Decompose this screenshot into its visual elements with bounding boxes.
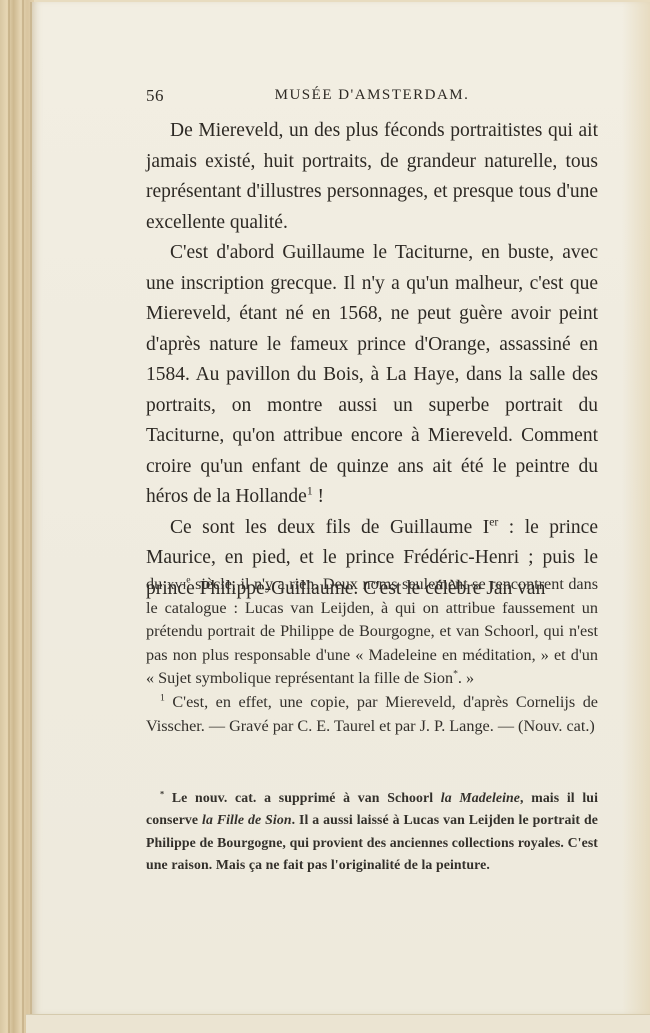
- paragraph: C'est d'abord Guillaume le Taciturne, en…: [146, 238, 598, 513]
- footnote-text: C'est, en effet, une copie, par Mierevel…: [146, 693, 598, 735]
- footnote-1: 1 C'est, en effet, une copie, par Mierev…: [146, 691, 598, 738]
- star-note-paragraph: * Le nouv. cat. a supprimé à van Schoorl…: [146, 787, 598, 876]
- page-bottom-edge: [26, 1014, 650, 1033]
- paragraph-text: !: [313, 486, 324, 507]
- paragraph-text: C'est d'abord Guillaume le Taciturne, en…: [146, 242, 598, 507]
- ordinal-superscript: er: [489, 515, 498, 528]
- spine-fold-line: [22, 0, 24, 1033]
- continued-note: du xvie siècle, il n'y a rien. Deux noms…: [146, 573, 598, 691]
- book-spine: [0, 0, 34, 1033]
- spine-fold-line: [8, 0, 10, 1033]
- century-numeral: xvi: [167, 575, 187, 593]
- page-header: 56 MUSÉE D'AMSTERDAM.: [146, 86, 598, 110]
- work-title: la Madeleine: [441, 790, 520, 805]
- star-note: * Le nouv. cat. a supprimé à van Schoorl…: [146, 787, 598, 876]
- paragraph-text: De Miereveld, un des plus féconds portra…: [146, 120, 598, 233]
- note-text: . »: [458, 669, 474, 687]
- paragraph-text: Ce sont les deux fils de Guillaume I: [170, 517, 489, 538]
- page-edge-shadow: [622, 2, 650, 1014]
- main-text: De Miereveld, un des plus féconds portra…: [146, 116, 598, 604]
- note-text: du: [146, 575, 167, 593]
- notes-section: du xvie siècle, il n'y a rien. Deux noms…: [146, 573, 598, 738]
- work-title: la Fille de Sion: [202, 812, 292, 827]
- running-title: MUSÉE D'AMSTERDAM.: [146, 87, 598, 104]
- note-text: siècle, il n'y a rien. Deux noms seuleme…: [146, 575, 598, 687]
- paragraph: De Miereveld, un des plus féconds portra…: [146, 116, 598, 238]
- note-text: Le nouv. cat. a supprimé à van Schoorl: [164, 790, 441, 805]
